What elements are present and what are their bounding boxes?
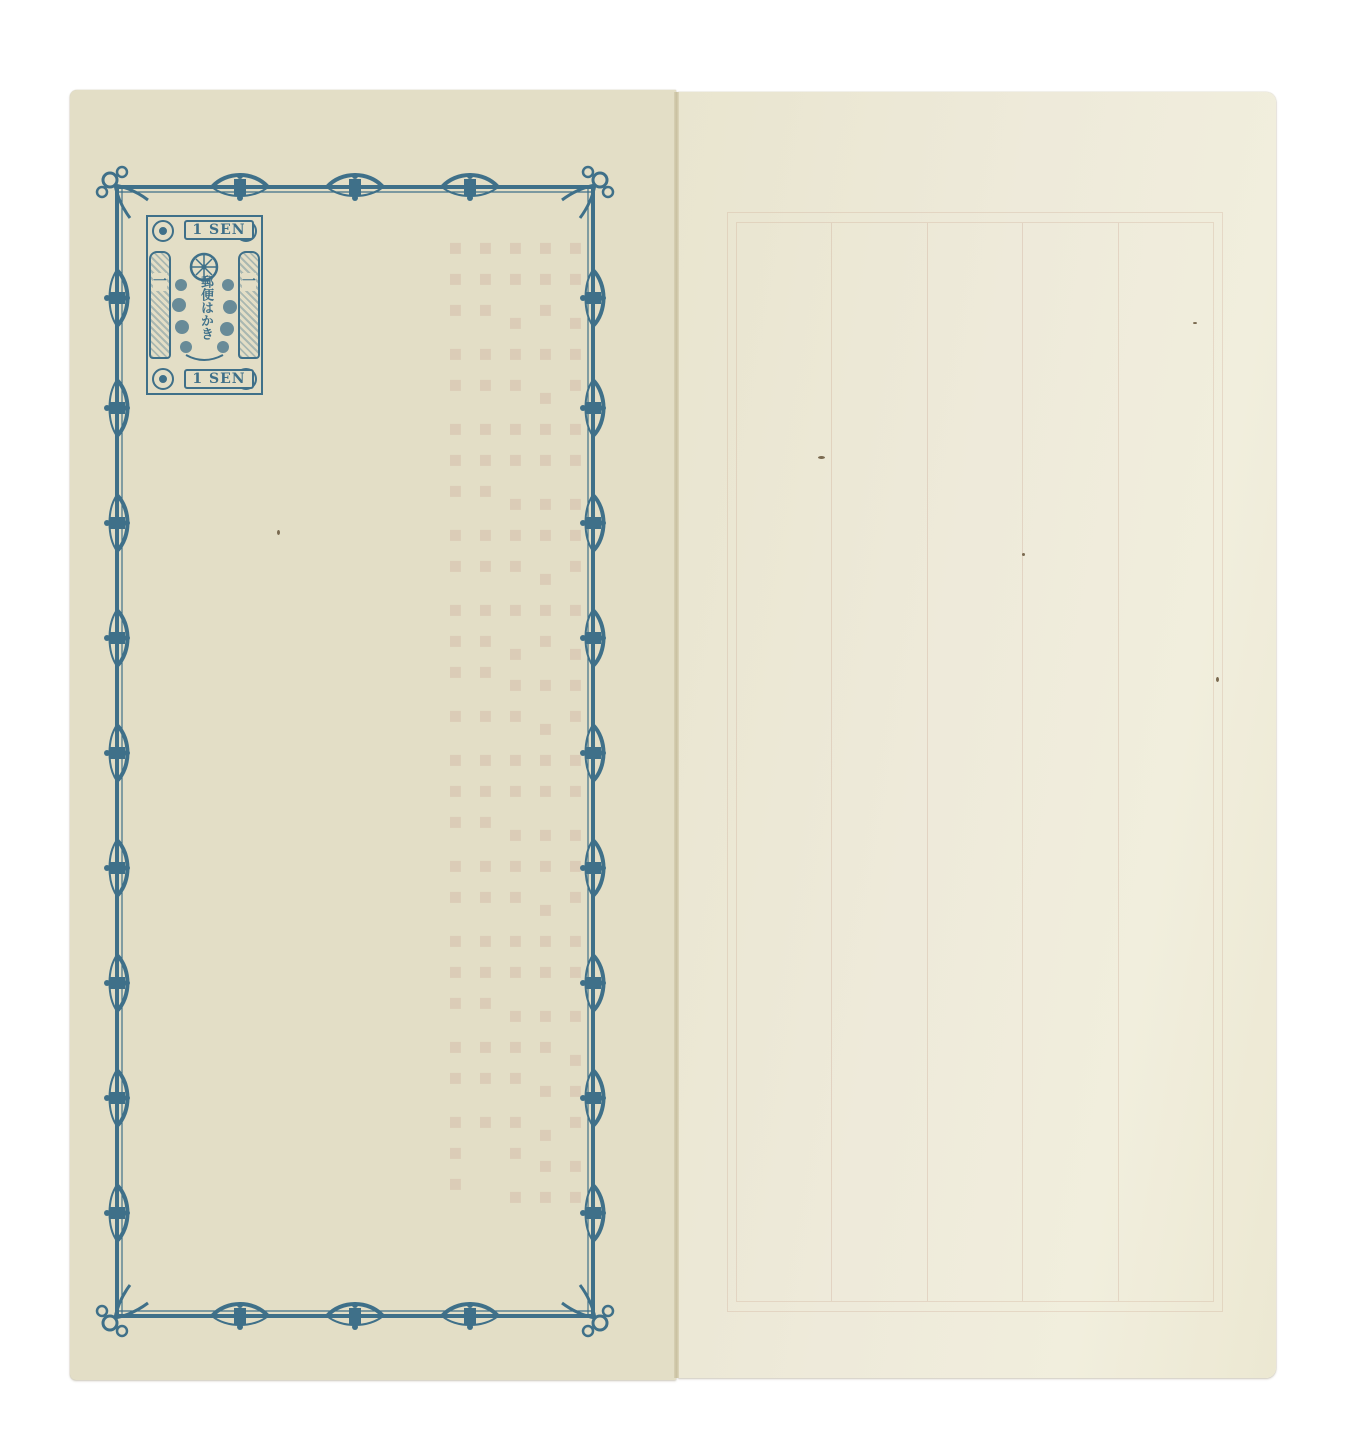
stamp-numeral-right: 一 [242,273,256,291]
paper-speck [818,456,825,459]
ruled-column [1023,223,1118,1301]
stamp-numeral-left: 一 [153,273,167,291]
ruled-column [928,223,1023,1301]
ruled-writing-frame [727,212,1223,1312]
stamp-side-right: 一 [238,251,260,359]
ruled-column [1119,223,1213,1301]
paper-speck [1022,553,1025,556]
ruled-column [832,223,927,1301]
paper-speck [1216,677,1219,682]
paper-speck [277,530,280,535]
imprinted-stamp: 1 SEN 1 SEN 一 一 郵便はかき [146,215,263,395]
ruled-column [737,223,832,1301]
stamp-value-top: 1 SEN [184,220,254,240]
stamp-value-bottom: 1 SEN [184,369,254,389]
card-fold-crease [674,92,679,1378]
ruled-columns [736,222,1214,1302]
paper-speck [1193,322,1197,324]
stamp-side-left: 一 [149,251,171,359]
stamp-center-text: 郵便はかき [196,275,214,340]
